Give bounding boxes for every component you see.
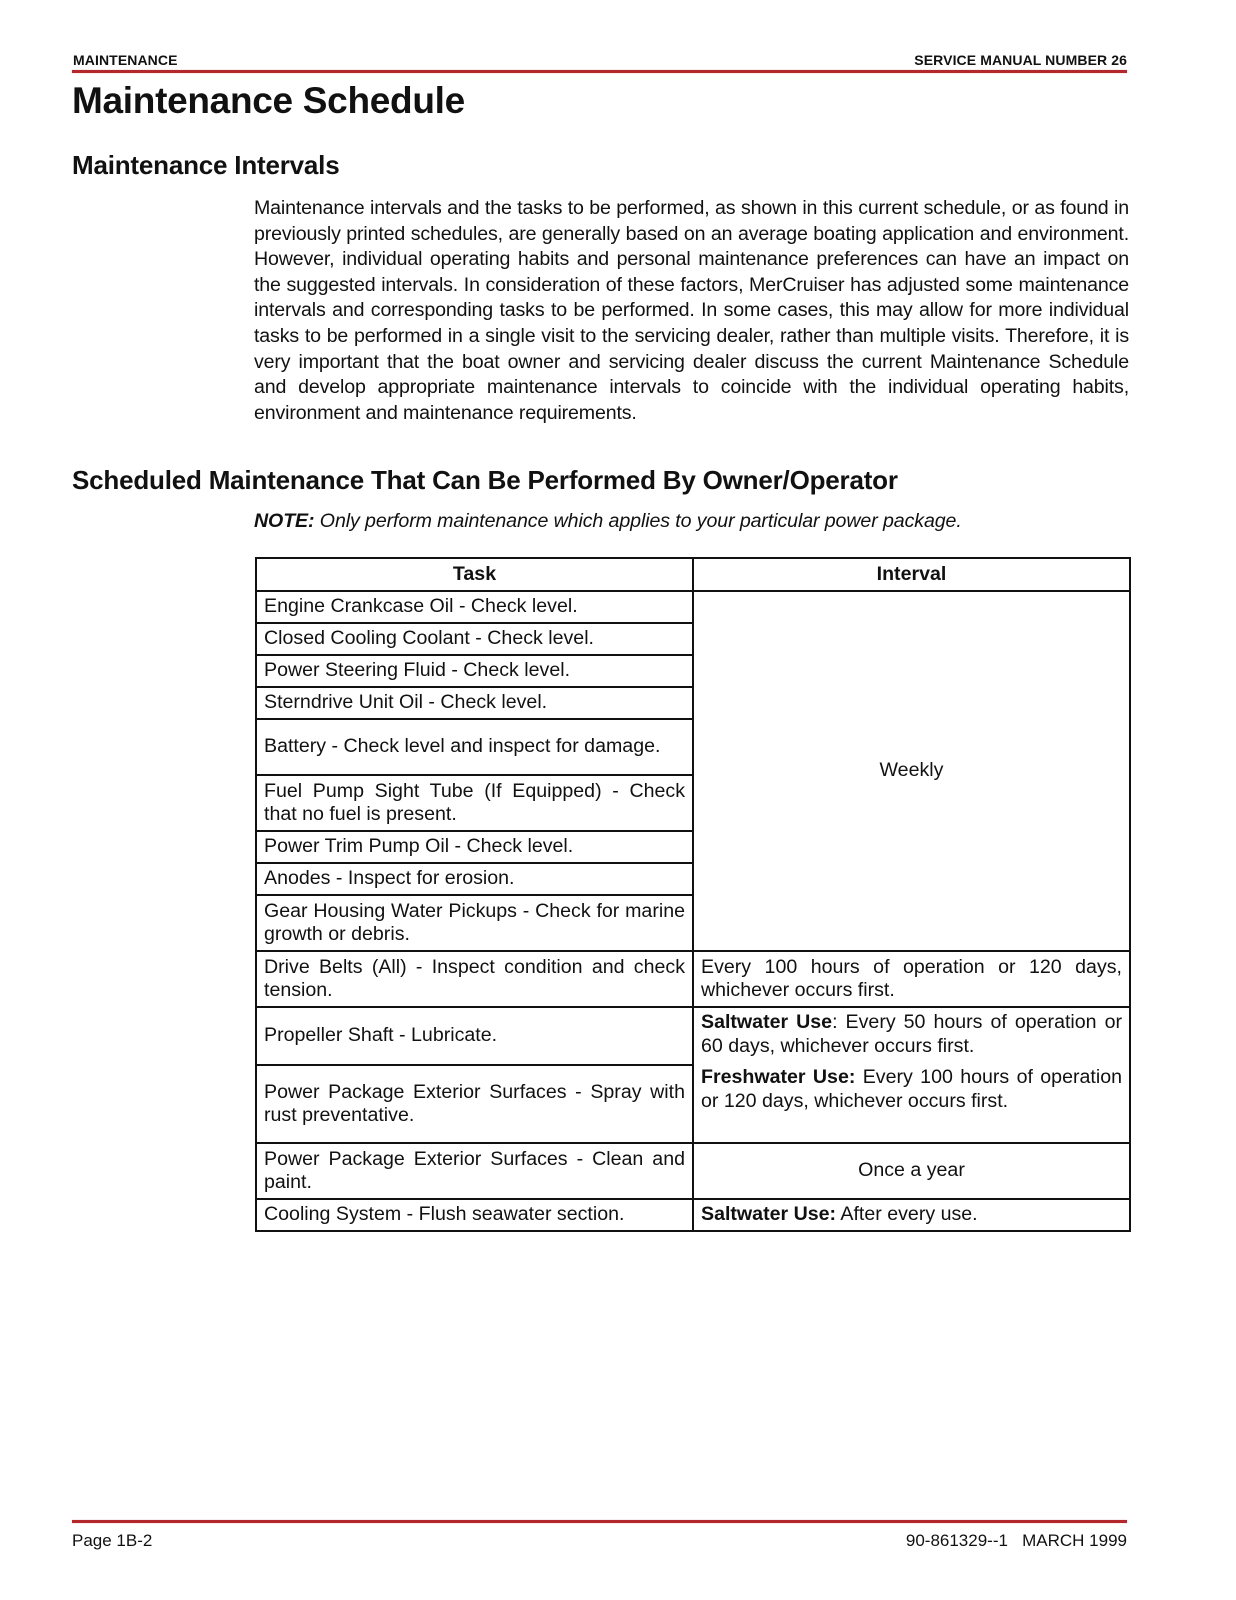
column-header-task: Task — [256, 558, 693, 591]
task-cell: Battery - Check level and inspect for da… — [256, 719, 693, 775]
saltwater-label: Saltwater Use — [701, 1011, 832, 1033]
section-heading-intervals: Maintenance Intervals — [72, 150, 339, 181]
task-cell: Power Trim Pump Oil - Check level. — [256, 831, 693, 863]
task-cell: Power Package Exterior Surfaces - Clean … — [256, 1143, 693, 1199]
running-header-section: MAINTENANCE — [73, 52, 178, 68]
task-cell: Gear Housing Water Pickups - Check for m… — [256, 895, 693, 951]
task-cell: Fuel Pump Sight Tube (If Equipped) - Che… — [256, 775, 693, 831]
cooling-interval-text: After every use. — [836, 1203, 978, 1225]
footer-rule — [72, 1520, 1127, 1523]
column-header-interval: Interval — [693, 558, 1130, 591]
page-number: Page 1B-2 — [72, 1531, 152, 1551]
table-row: Propeller Shaft - Lubricate. Saltwater U… — [256, 1007, 1130, 1065]
note: NOTE: Only perform maintenance which app… — [254, 510, 962, 533]
freshwater-interval: Freshwater Use: Every 100 hours of opera… — [701, 1066, 1122, 1113]
interval-cell: Once a year — [693, 1143, 1130, 1199]
cooling-interval-label: Saltwater Use: — [701, 1203, 836, 1225]
table-row: Engine Crankcase Oil - Check level. Week… — [256, 591, 1130, 623]
task-cell: Drive Belts (All) - Inspect condition an… — [256, 951, 693, 1007]
page-title: Maintenance Schedule — [72, 80, 465, 122]
table-row: Drive Belts (All) - Inspect condition an… — [256, 951, 1130, 1007]
task-cell: Cooling System - Flush seawater section. — [256, 1199, 693, 1231]
table-row: Power Package Exterior Surfaces - Clean … — [256, 1143, 1130, 1199]
note-text: Only perform maintenance which applies t… — [314, 510, 961, 532]
task-cell: Closed Cooling Coolant - Check level. — [256, 623, 693, 655]
maintenance-table: Task Interval Engine Crankcase Oil - Che… — [255, 557, 1131, 1232]
task-cell: Engine Crankcase Oil - Check level. — [256, 591, 693, 623]
section-heading-scheduled: Scheduled Maintenance That Can Be Perfor… — [72, 465, 898, 496]
task-cell: Sterndrive Unit Oil - Check level. — [256, 687, 693, 719]
task-cell: Power Package Exterior Surfaces - Spray … — [256, 1065, 693, 1143]
header-rule — [72, 70, 1127, 73]
interval-cell-weekly: Weekly — [693, 591, 1130, 951]
freshwater-label: Freshwater Use: — [701, 1066, 855, 1088]
running-header-manual-number: SERVICE MANUAL NUMBER 26 — [914, 52, 1127, 68]
document-number-date: 90-861329--1 MARCH 1999 — [906, 1531, 1127, 1551]
intervals-paragraph: Maintenance intervals and the tasks to b… — [254, 196, 1129, 426]
interval-cell: Every 100 hours of operation or 120 days… — [693, 951, 1130, 1007]
note-label: NOTE: — [254, 510, 314, 532]
task-cell: Propeller Shaft - Lubricate. — [256, 1007, 693, 1065]
interval-cell: Saltwater Use: After every use. — [693, 1199, 1130, 1231]
task-cell: Power Steering Fluid - Check level. — [256, 655, 693, 687]
task-cell: Anodes - Inspect for erosion. — [256, 863, 693, 895]
table-row: Cooling System - Flush seawater section.… — [256, 1199, 1130, 1231]
interval-cell-saltwater-freshwater: Saltwater Use: Every 50 hours of operati… — [693, 1007, 1130, 1143]
table-header-row: Task Interval — [256, 558, 1130, 591]
saltwater-interval: Saltwater Use: Every 50 hours of operati… — [701, 1011, 1122, 1058]
